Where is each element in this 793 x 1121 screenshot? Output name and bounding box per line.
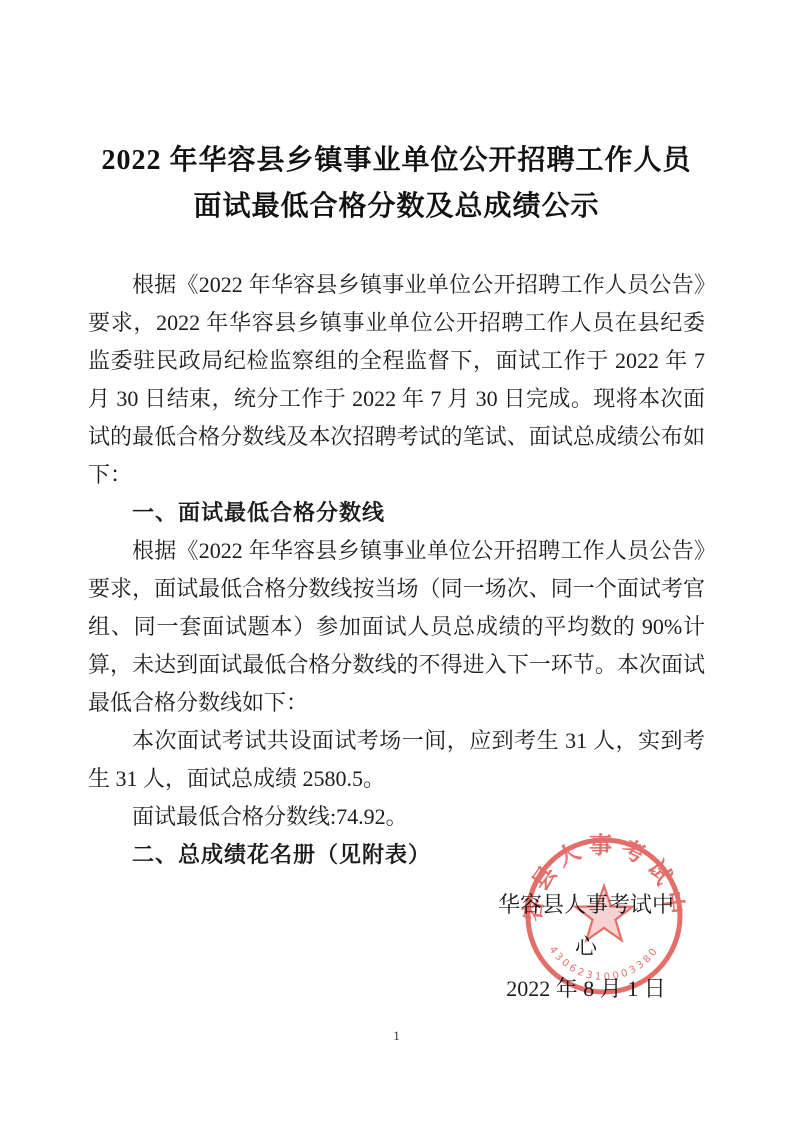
paragraph-stats: 本次面试考试共设面试考场一间，应到考生 31 人，实到考生 31 人，面试总成绩… (88, 722, 705, 798)
signature-org: 华容县人事考试中心 (488, 884, 684, 968)
section-heading-2: 二、总成绩花名册（见附表） (88, 836, 705, 874)
paragraph-rule: 根据《2022 年华容县乡镇事业单位公开招聘工作人员公告》要求，面试最低合格分数… (88, 532, 705, 722)
document-page: 2022 年华容县乡镇事业单位公开招聘工作人员 面试最低合格分数及总成绩公示 根… (0, 0, 793, 1121)
paragraph-passline: 面试最低合格分数线:74.92。 (88, 798, 705, 836)
section-heading-1: 一、面试最低合格分数线 (88, 494, 705, 532)
signature-block: 华容县人事考试中心 2022 年 8 月 1 日 (488, 884, 684, 1010)
signature-date: 2022 年 8 月 1 日 (488, 968, 684, 1010)
title-line-2: 面试最低合格分数及总成绩公示 (0, 184, 793, 230)
document-body: 根据《2022 年华容县乡镇事业单位公开招聘工作人员公告》要求，2022 年华容… (0, 266, 793, 874)
title-line-1: 2022 年华容县乡镇事业单位公开招聘工作人员 (0, 138, 793, 184)
page-number: 1 (0, 1028, 793, 1044)
document-title: 2022 年华容县乡镇事业单位公开招聘工作人员 面试最低合格分数及总成绩公示 (0, 0, 793, 230)
paragraph-intro: 根据《2022 年华容县乡镇事业单位公开招聘工作人员公告》要求，2022 年华容… (88, 266, 705, 494)
